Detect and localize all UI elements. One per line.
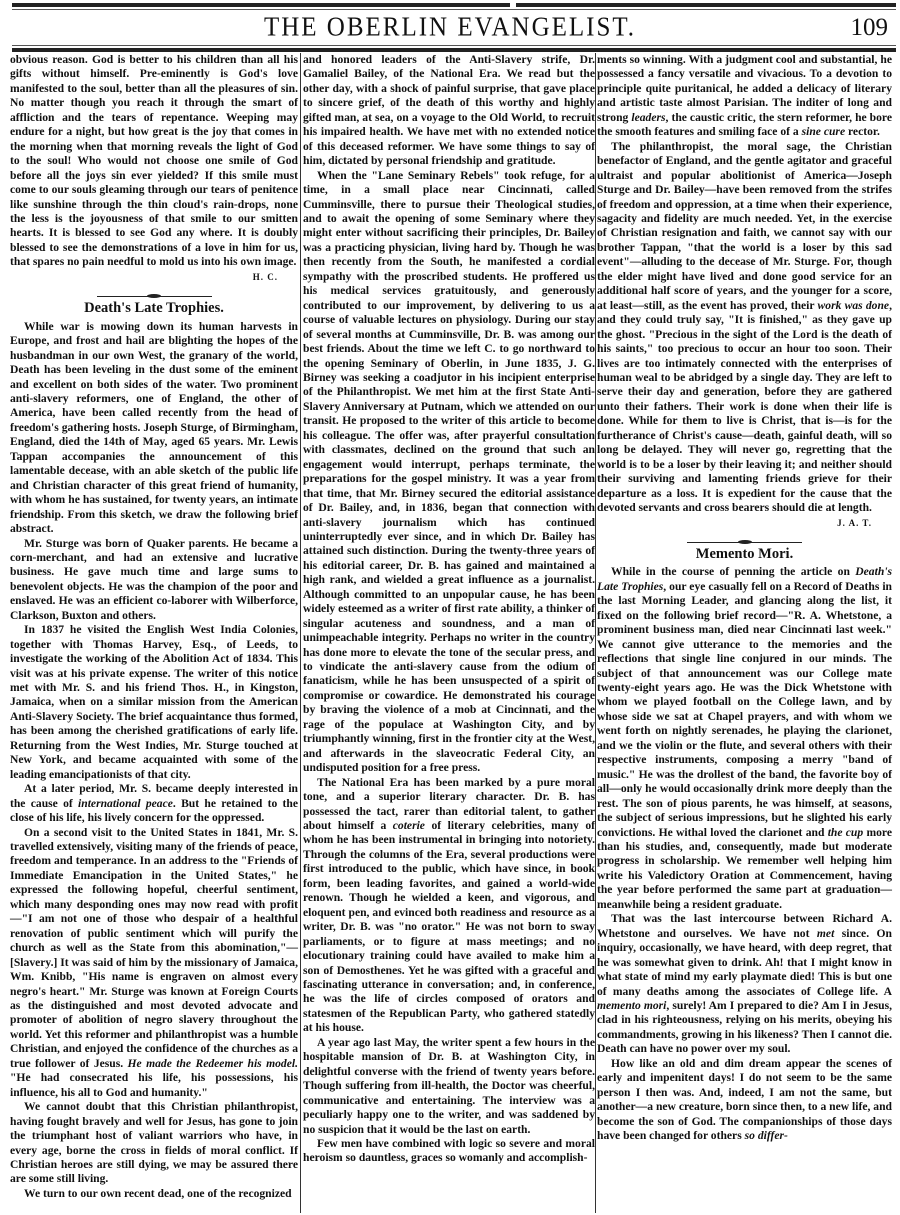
- italic-text: work was done: [818, 299, 890, 312]
- paragraph: When the "Lane Seminary Rebels" took ref…: [303, 169, 595, 776]
- paragraph: How like an old and dim dream appear the…: [597, 1057, 892, 1144]
- paragraph: While in the course of penning the artic…: [597, 565, 892, 912]
- author-signature: J. A. T.: [597, 516, 892, 530]
- text-run: , our eye casually fell on a Record of D…: [597, 580, 892, 839]
- column-1: obvious reason. God is better to his chi…: [10, 53, 298, 1201]
- paragraph: ments so winning. With a judgment cool a…: [597, 53, 892, 140]
- italic-text: met: [817, 927, 834, 940]
- italic-text: international peace: [78, 797, 173, 810]
- text-run: of literary celebrities, many of whom he…: [303, 819, 595, 1034]
- article-headline: Death's Late Trophies.: [10, 301, 298, 315]
- paragraph: We turn to our own recent dead, one of t…: [10, 1187, 298, 1201]
- italic-text: sine cure: [802, 125, 845, 138]
- italic-text: the cup: [828, 826, 864, 839]
- column-3: ments so winning. With a judgment cool a…: [597, 53, 892, 1144]
- paragraph: Mr. Sturge was born of Quaker parents. H…: [10, 537, 298, 624]
- paragraph: and honored leaders of the Anti-Slavery …: [303, 53, 595, 169]
- paragraph: The philanthropist, the moral sage, the …: [597, 140, 892, 516]
- paragraph: Few men have combined with logic so seve…: [303, 1137, 595, 1166]
- paragraph: In 1837 he visited the English West Indi…: [10, 623, 298, 782]
- article-headline: Memento Mori.: [597, 547, 892, 561]
- text-run: rector.: [845, 125, 880, 138]
- italic-text: memento mori: [597, 999, 666, 1012]
- text-run: The philanthropist, the moral sage, the …: [597, 140, 892, 312]
- column-divider: [595, 53, 596, 1213]
- italic-text: leaders: [631, 111, 665, 124]
- paragraph: At a later period, Mr. S. became deeply …: [10, 782, 298, 825]
- top-rule-thick-right: [516, 3, 896, 7]
- text-run: On a second visit to the United States i…: [10, 826, 298, 1070]
- text-run: "He had consecrated his life, his posses…: [10, 1071, 298, 1098]
- masthead: THE OBERLIN EVANGELIST. 109: [0, 12, 900, 42]
- article-separator: [97, 296, 212, 297]
- paragraph: On a second visit to the United States i…: [10, 826, 298, 1101]
- article-separator: [687, 542, 802, 543]
- paragraph: While war is mowing down its human harve…: [10, 320, 298, 537]
- author-signature: H. C.: [10, 270, 298, 284]
- paragraph: We cannot doubt that this Christian phil…: [10, 1100, 298, 1187]
- italic-text: coterie: [393, 819, 425, 832]
- header-rule-thin: [12, 45, 896, 46]
- top-rule-thick-left: [12, 3, 510, 7]
- paragraph: obvious reason. God is better to his chi…: [10, 53, 298, 270]
- header-rule-thick: [12, 48, 896, 52]
- column-divider: [300, 53, 301, 1213]
- page-number: 109: [851, 14, 889, 42]
- text-run: , and they could truly say, "It is finis…: [597, 299, 892, 514]
- text-run: While in the course of penning the artic…: [611, 565, 855, 578]
- column-2: and honored leaders of the Anti-Slavery …: [303, 53, 595, 1166]
- top-rule-thin: [12, 9, 896, 10]
- paragraph: A year ago last May, the writer spent a …: [303, 1036, 595, 1137]
- publication-title: THE OBERLIN EVANGELIST.: [0, 13, 900, 44]
- paragraph: That was the last intercourse between Ri…: [597, 912, 892, 1057]
- italic-text: He made the Redeemer his model.: [128, 1057, 298, 1070]
- italic-text: so differ-: [745, 1129, 788, 1142]
- paragraph: The National Era has been marked by a pu…: [303, 776, 595, 1036]
